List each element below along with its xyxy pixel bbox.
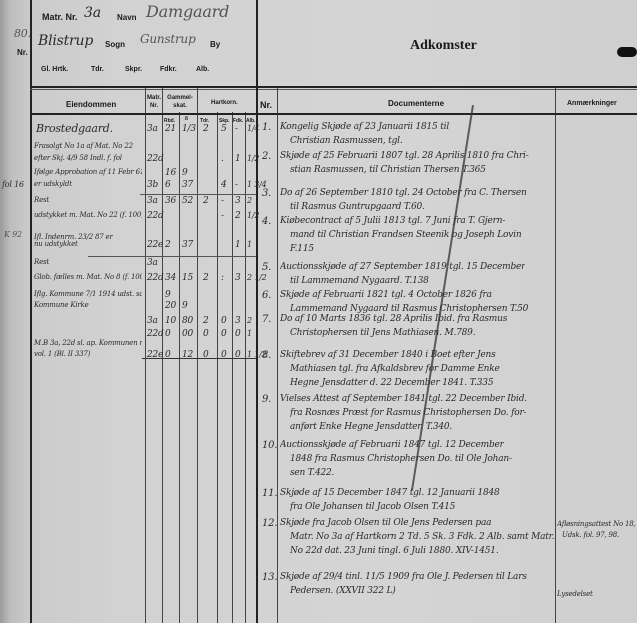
document-number: 3. [262,188,271,199]
rbd-cell: 0 [165,329,171,339]
property-description: vol. 1 (Bl. II 337) [34,350,90,358]
header-divider-rule [256,0,258,88]
skp-cell: . [221,154,224,164]
document-line: anført Enke Hegne Jensdatter. T.340. [290,422,452,432]
document-number: 1. [262,122,271,133]
document-line: stian Rasmussen, til Christian Thersen T… [290,165,486,175]
document-number: 13. [262,572,277,583]
fdk-cell: 2 [235,211,241,221]
alb-cell: 1 [247,240,252,249]
strikethrough [142,358,256,359]
document-number: 2. [262,151,271,162]
property-description: Rest [34,196,49,204]
col-header-eiendommen: Eiendommen [66,100,116,109]
s-cell: 15 [182,273,193,283]
document-line: fra Ole Johansen til Jacob Olsen T.415 [290,502,455,512]
document-line: No 22d dat. 23 Juni tingl. 6 Juli 1880. … [290,546,498,556]
left-margin-rule [30,0,32,623]
margin-note: fol 16 [2,180,24,189]
col-header-anmaerkninger: Anmærkninger [567,100,617,107]
rbd-cell: 2 [165,240,171,250]
alb-cell: 2 [247,196,252,205]
sub-s: ß [185,116,188,122]
property-description: Frasolgt No 1a af Mat. No 22 [34,142,133,150]
alb-cell: 1 [247,329,252,338]
document-line: Pedersen. (XXVII 322 L) [290,586,396,596]
matr-nr-cell: 22d [147,154,164,164]
fdk-cell: 0 [235,329,241,339]
column-header-rule [30,113,637,115]
property-subtotal-rule [140,194,256,195]
document-line: sen T.422. [290,468,334,478]
remark-line: Udsk. fol. 97, 98. [562,531,619,539]
skp-cell: 0 [221,316,227,326]
margin-note: K 92 [4,230,22,239]
tdr-cell: 2 [203,196,209,206]
matr-nr-cell: 22d [147,211,164,221]
document-line: Auctionsskjøde af 27 September 1819 tgl.… [280,262,525,272]
document-line: Hegne Jensdatter d. 22 December 1841. T.… [290,378,493,388]
col-rule-hartkorn [197,88,198,623]
rbd-cell: 21 [165,124,176,134]
document-line: Skjøde af 29/4 tinl. 11/5 1909 fra Ole J… [280,572,527,582]
col-rule-alb [245,112,246,623]
rbd-cell: 9 [165,290,171,300]
matr-nr-cell: 22e [147,240,163,250]
document-line: 1848 fra Rasmus Christophersen Do. til O… [290,454,512,464]
s-cell: 80 [182,316,193,326]
rbd-cell: 16 [165,168,176,178]
document-line: Christophersen til Jens Mathiasen. M.789… [290,328,475,338]
skpr-label: Skpr. [125,66,142,73]
gl-hrtk-label: Gl. Hrtk. [41,66,68,73]
document-line: Vielses Attest af September 1841 tgl. 22… [280,394,527,404]
matr-nr-cell: 3a [147,258,158,268]
document-line: til Lammemand Nygaard. T.138 [290,276,429,286]
fdkr-label: Fdkr. [160,66,177,73]
rbd-cell: 34 [165,273,176,283]
fdk-cell: - [235,124,238,134]
document-number: 7. [262,314,271,325]
skp-cell: 4 [221,180,227,190]
skp-cell: - [221,211,224,221]
tdr-cell: 0 [203,329,209,339]
matr-nr-cell: 3b [147,180,158,190]
side-number: 80. [14,27,31,40]
property-description: nu udstykket [34,240,78,248]
remark-line: Afløsningsattest No 18, 19 [557,520,637,528]
tdr-label: Tdr. [91,66,104,73]
document-line: Kongelig Skjøde af 23 Januarii 1815 til [280,122,449,132]
matr-nr-cell: 22d [147,329,164,339]
document-line: fra Rosnæs Præst for Rasmus Christophers… [290,408,526,418]
header-bottom-rule-2 [30,89,637,90]
property-description: er udskyldt [34,180,72,188]
property-description: Glob. fælles m. Mat. No 8 (f. 100) [34,273,142,281]
document-number: 5. [262,262,271,273]
document-line: til Rasmus Guntrupgaard T.60. [290,202,425,212]
document-number: 8. [262,350,271,361]
col-rule-anmaerkninger [555,88,556,623]
place-value: Blistrup [38,33,93,49]
property-subtotal-rule [88,256,256,257]
matr-nr-label: Matr. Nr. [42,12,78,22]
register-page: Matr. Nr. 3a Navn Damgaard Blistrup Sogn… [0,0,637,623]
rbd-cell: 6 [165,180,171,190]
alb-cell: 1/4 [247,124,259,133]
section-title: Adkomster [410,38,477,54]
document-line: Skiftebrev af 31 December 1840 i Boet ef… [280,350,496,360]
fdk-cell: 1 [235,240,241,250]
navn-value: Damgaard [146,2,229,21]
by-label: By [210,40,220,49]
col-rule-documents [277,88,278,623]
document-line: Matr. No 3a af Hartkorn 2 Td. 5 Sk. 3 Fd… [290,532,554,542]
s-cell: 9 [182,301,188,311]
sogn-label: Sogn [105,40,125,49]
s-cell: 00 [182,329,193,339]
document-number: 4. [262,216,271,227]
document-number: 11. [262,488,277,499]
document-number: 10. [262,440,277,451]
col-rule-fdk [232,112,233,623]
col-header-documenterne: Documenterne [388,99,444,108]
s-cell: 9 [182,168,188,178]
col-header-matr-nr: Matr. Nr. [147,94,161,110]
fdk-cell: 3 [235,273,241,283]
skp-cell: - [221,196,224,206]
skp-cell: : [221,273,224,283]
rbd-cell: 36 [165,196,176,206]
ink-blot [617,47,637,57]
property-description: Kommune Kirke [34,301,89,309]
sogn-value: Gunstrup [140,32,196,46]
fdk-cell: 1 [235,154,241,164]
header-bottom-rule [30,86,637,88]
s-cell: 52 [182,196,193,206]
alb-cell: 2 [247,316,252,325]
document-line: mand til Christian Frandsen Steenik og J… [290,230,521,240]
property-description: Ifølge Approbation af 11 Febr 61 [34,168,142,176]
document-line: Kiøbecontract af 5 Julii 1813 tgl. 7 Jun… [280,216,505,226]
side-nr-label: Nr. [17,48,28,57]
property-description: efter Skj. 4/9 58 Indl. f. fol [34,154,122,162]
rbd-cell: 20 [165,301,176,311]
document-line: Mathiasen tgl. fra Afkaldsbrev for Damme… [290,364,500,374]
property-description: Iflg. Kommune 7/1 1914 udst. saaledes [34,290,142,298]
document-line: Do af 26 September 1810 tgl. 24 October … [280,188,527,198]
document-line: Do af 10 Marts 1836 tgl. 28 Aprilis Ibid… [280,314,507,324]
skp-cell: 5 [221,124,227,134]
property-description: Brostedgaard. [36,122,113,135]
alb-cell: 1/2 [247,154,259,163]
tdr-cell: 2 [203,273,209,283]
alb-cell: 2 1/2 [247,273,267,282]
col-rule-matr [145,88,146,623]
navn-label: Navn [117,13,137,22]
document-line: Skjøde af 15 December 1847 tgl. 12 Janua… [280,488,500,498]
skp-cell: 0 [221,329,227,339]
alb-label: Alb. [196,66,209,73]
matr-nr-cell: 22d [147,273,164,283]
alb-cell: 1/2 [247,211,259,220]
document-number: 12. [262,518,277,529]
matr-nr-cell: 3a [147,196,158,206]
property-description: udstykket m. Mat. No 22 (f. 100) [34,211,142,219]
col-rule-s [179,112,180,623]
rbd-cell: 10 [165,316,176,326]
fdk-cell: 3 [235,316,241,326]
document-line: Skjøde fra Jacob Olsen til Ole Jens Pede… [280,518,491,528]
fdk-cell: 3 [235,196,241,206]
col-header-gammelskat: Gammel-skat. [165,94,195,110]
document-line: Skjøde af Februarii 1821 tgl. 4 October … [280,290,492,300]
document-line: Auctionsskjøde af Februarii 1847 tgl. 12… [280,440,504,450]
s-cell: 37 [182,240,193,250]
s-cell: 1/3 [182,124,196,134]
col-header-hartkorn: Hartkorn. [211,100,238,106]
property-description: Rest [34,258,49,266]
document-number: 6. [262,290,271,301]
matr-nr-cell: 3a [147,124,158,134]
fdk-cell: - [235,180,238,190]
s-cell: 37 [182,180,193,190]
tdr-cell: 2 [203,124,209,134]
remark-line: Lysedelset [557,590,593,598]
document-line: Skjøde af 25 Februarii 1807 tgl. 28 Apri… [280,151,529,161]
col-header-nr: Nr. [260,100,272,110]
document-line: Lammemand Nygaard til Rasmus Christopher… [290,304,528,314]
property-description: M.B 3a, 22d sl. ap. Kommunen m. Kontrakt… [34,339,142,347]
document-line: F.115 [290,244,314,254]
matr-nr-cell: 3a [147,316,158,326]
document-number: 9. [262,394,271,405]
col-rule-skp [217,112,218,623]
document-line: Christian Rasmussen, tgl. [290,136,403,146]
matr-nr-value: 3a [84,5,101,21]
tdr-cell: 2 [203,316,209,326]
